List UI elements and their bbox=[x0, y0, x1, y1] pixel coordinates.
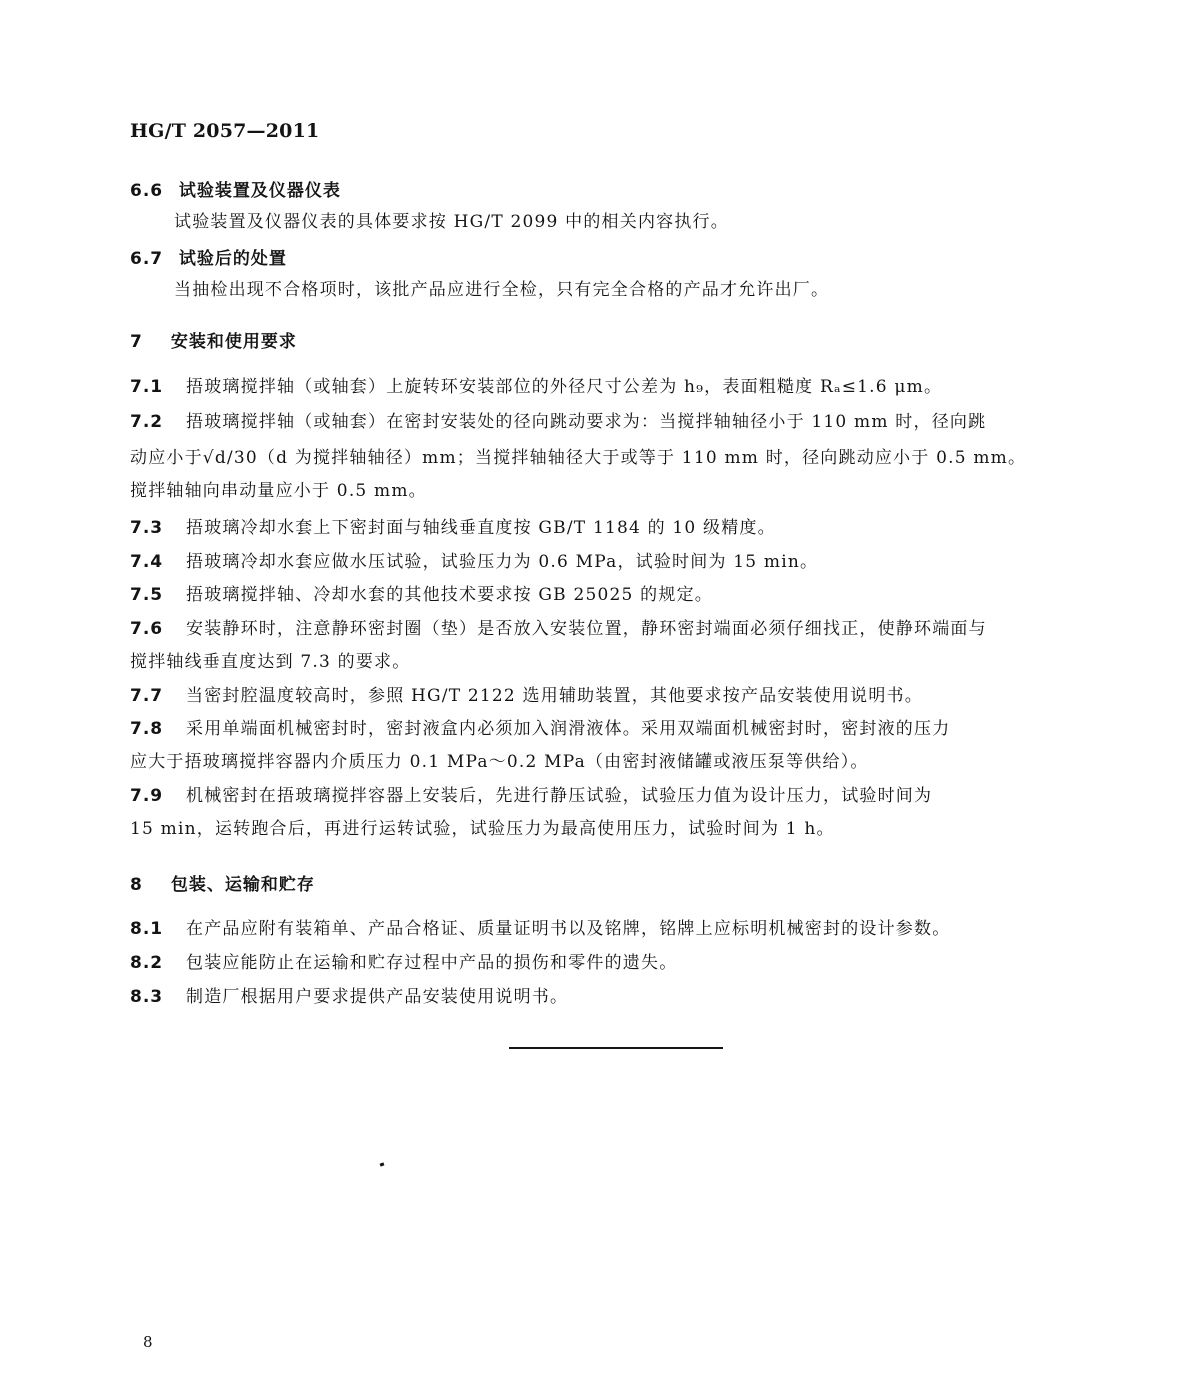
document-page: HG/T 2057—2011 6.6 试验装置及仪器仪表 试验装置及仪器仪表的具… bbox=[0, 0, 1200, 1373]
heading-6-6: 6.6 试验装置及仪器仪表 bbox=[130, 176, 341, 201]
clause-number: 7.6 bbox=[130, 613, 186, 646]
clause-7-5: 7.5捂玻璃搅拌轴、冷却水套的其他技术要求按 GB 25025 的规定。 bbox=[130, 579, 1100, 612]
clause-8-3: 8.3制造厂根据用户要求提供产品安装使用说明书。 bbox=[130, 981, 1100, 1014]
clause-text: 捂玻璃冷却水套上下密封面与轴线垂直度按 GB/T 1184 的 10 级精度。 bbox=[186, 518, 776, 538]
clause-text: 捂玻璃搅拌轴、冷却水套的其他技术要求按 GB 25025 的规定。 bbox=[186, 585, 713, 605]
clause-number: 8.2 bbox=[130, 947, 186, 980]
clause-number: 7.2 bbox=[130, 406, 186, 439]
heading-title: 试验装置及仪器仪表 bbox=[179, 181, 341, 201]
paragraph-6-7: 当抽检出现不合格项时，该批产品应进行全检，只有完全合格的产品才允许出厂。 bbox=[130, 274, 1100, 307]
clause-number: 7.9 bbox=[130, 780, 186, 813]
heading-6-7: 6.7 试验后的处置 bbox=[130, 244, 287, 269]
clause-7-6: 7.6安装静环时，注意静环密封圈（垫）是否放入安装位置，静环密封端面必须仔细找正… bbox=[130, 613, 1100, 679]
clause-number: 8.3 bbox=[130, 981, 186, 1014]
clause-text: 采用单端面机械密封时，密封液盒内必须加入润滑液体。采用双端面机械密封时，密封液的… bbox=[186, 719, 950, 739]
heading-number: 6.7 bbox=[130, 249, 172, 269]
heading-number: 6.6 bbox=[130, 181, 172, 201]
clause-number: 7.8 bbox=[130, 713, 186, 746]
clause-text: 应大于捂玻璃搅拌容器内介质压力 0.1 MPa～0.2 MPa（由密封液储罐或液… bbox=[130, 746, 1100, 779]
end-of-standard-rule bbox=[509, 1047, 723, 1049]
clause-text: 制造厂根据用户要求提供产品安装使用说明书。 bbox=[186, 987, 568, 1007]
heading-title: 包装、运输和贮存 bbox=[171, 875, 315, 895]
clause-7-4: 7.4捂玻璃冷却水套应做水压试验，试验压力为 0.6 MPa，试验时间为 15 … bbox=[130, 546, 1100, 579]
heading-number: 7 bbox=[130, 332, 164, 352]
clause-7-9: 7.9机械密封在捂玻璃搅拌容器上安装后，先进行静压试验，试验压力值为设计压力，试… bbox=[130, 780, 1100, 846]
clause-text: 搅拌轴线垂直度达到 7.3 的要求。 bbox=[130, 646, 1100, 679]
clause-number: 7.5 bbox=[130, 579, 186, 612]
paragraph-6-6: 试验装置及仪器仪表的具体要求按 HG/T 2099 中的相关内容执行。 bbox=[130, 206, 1100, 239]
clause-number: 7.1 bbox=[130, 371, 186, 404]
clause-text: 捂玻璃搅拌轴（或轴套）在密封安装处的径向跳动要求为：当搅拌轴轴径小于 110 m… bbox=[186, 412, 986, 432]
clause-8-1: 8.1在产品应附有装箱单、产品合格证、质量证明书以及铭牌，铭牌上应标明机械密封的… bbox=[130, 913, 1100, 946]
heading-title: 安装和使用要求 bbox=[171, 332, 297, 352]
clause-text: 安装静环时，注意静环密封圈（垫）是否放入安装位置，静环密封端面必须仔细找正，使静… bbox=[186, 619, 987, 639]
heading-section-8: 8 包装、运输和贮存 bbox=[130, 870, 315, 895]
clause-text: 包装应能防止在运输和贮存过程中产品的损伤和零件的遗失。 bbox=[186, 953, 677, 973]
clause-text: 捂玻璃冷却水套应做水压试验，试验压力为 0.6 MPa，试验时间为 15 min… bbox=[186, 552, 818, 572]
clause-text: 捂玻璃搅拌轴（或轴套）上旋转环安装部位的外径尺寸公差为 h₉，表面粗糙度 Rₐ≤… bbox=[186, 377, 942, 397]
clause-7-1: 7.1捂玻璃搅拌轴（或轴套）上旋转环安装部位的外径尺寸公差为 h₉，表面粗糙度 … bbox=[130, 371, 1100, 404]
clause-number: 7.3 bbox=[130, 512, 186, 545]
clause-7-7: 7.7当密封腔温度较高时，参照 HG/T 2122 选用辅助装置，其他要求按产品… bbox=[130, 680, 1100, 713]
clause-number: 7.7 bbox=[130, 680, 186, 713]
heading-section-7: 7 安装和使用要求 bbox=[130, 327, 297, 352]
page-number: 8 bbox=[143, 1333, 153, 1351]
scan-speck bbox=[380, 1162, 385, 1166]
clause-8-2: 8.2包装应能防止在运输和贮存过程中产品的损伤和零件的遗失。 bbox=[130, 947, 1100, 980]
clause-text: 动应小于√d/30（d 为搅拌轴轴径）mm；当搅拌轴轴径大于或等于 110 mm… bbox=[130, 442, 1100, 475]
clause-7-3: 7.3捂玻璃冷却水套上下密封面与轴线垂直度按 GB/T 1184 的 10 级精… bbox=[130, 512, 1100, 545]
clause-text: 当密封腔温度较高时，参照 HG/T 2122 选用辅助装置，其他要求按产品安装使… bbox=[186, 686, 923, 706]
heading-number: 8 bbox=[130, 875, 164, 895]
clause-number: 8.1 bbox=[130, 913, 186, 946]
clause-7-2: 7.2捂玻璃搅拌轴（或轴套）在密封安装处的径向跳动要求为：当搅拌轴轴径小于 11… bbox=[130, 406, 1100, 508]
clause-7-8: 7.8采用单端面机械密封时，密封液盒内必须加入润滑液体。采用双端面机械密封时，密… bbox=[130, 713, 1100, 779]
clause-text: 机械密封在捂玻璃搅拌容器上安装后，先进行静压试验，试验压力值为设计压力，试验时间… bbox=[186, 786, 932, 806]
heading-title: 试验后的处置 bbox=[179, 249, 287, 269]
standard-code: HG/T 2057—2011 bbox=[130, 120, 319, 142]
clause-text: 搅拌轴轴向串动量应小于 0.5 mm。 bbox=[130, 475, 1100, 508]
clause-text: 15 min，运转跑合后，再进行运转试验，试验压力为最高使用压力，试验时间为 1… bbox=[130, 813, 1100, 846]
clause-text: 在产品应附有装箱单、产品合格证、质量证明书以及铭牌，铭牌上应标明机械密封的设计参… bbox=[186, 919, 950, 939]
clause-number: 7.4 bbox=[130, 546, 186, 579]
